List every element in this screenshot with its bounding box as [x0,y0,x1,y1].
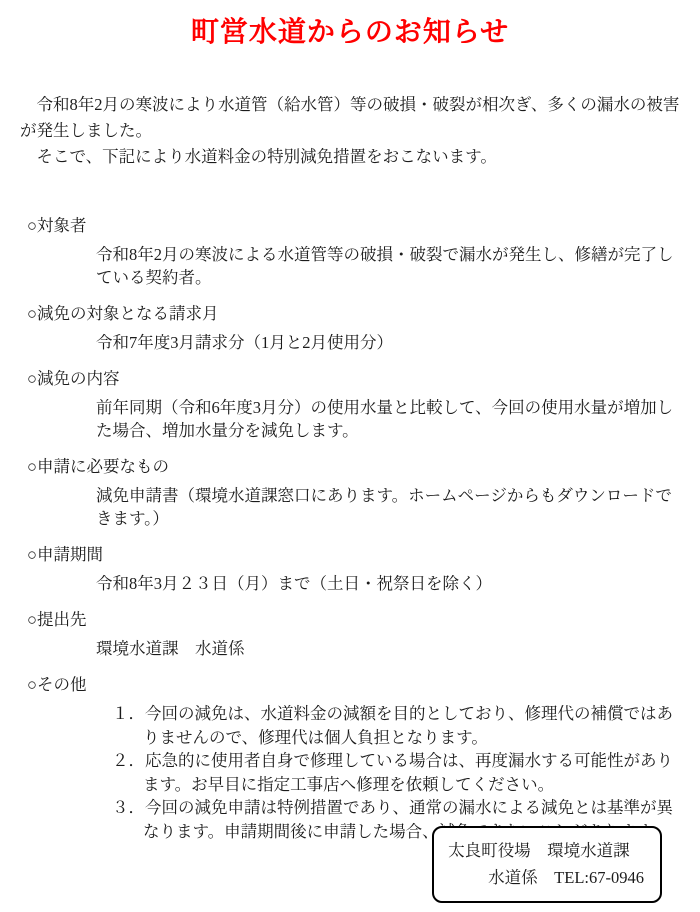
section-heading-required-items: ○申請に必要なもの [27,455,680,478]
section-body-recipients: 令和8年2月の寒波による水道管等の破損・破裂で漏水が発生し、修繕が完了している契… [20,243,680,289]
contact-box: 太良町役場 環境水道課 水道係 TEL:67-0946 [432,826,662,903]
section-billing-month: ○減免の対象となる請求月 令和7年度3月請求分（1月と2月使用分） [20,302,680,354]
section-body-submission-place: 環境水道課 水道係 [20,637,680,660]
note-number-3: ３． [112,798,145,817]
page-title: 町営水道からのお知らせ [20,16,680,50]
section-body-required-items: 減免申請書（環境水道課窓口にあります。ホームページからもダウンロードできます。） [20,484,680,530]
section-submission-place: ○提出先 環境水道課 水道係 [20,608,680,660]
section-recipients: ○対象者 令和8年2月の寒波による水道管等の破損・破裂で漏水が発生し、修繕が完了… [20,214,680,289]
intro-line-1: 令和8年2月の寒波により水道管（給水管）等の破損・破裂が相次ぎ、多くの漏水の被害… [20,92,680,144]
contact-phone: 水道係 TEL:67-0946 [448,864,644,891]
section-heading-submission-place: ○提出先 [27,608,680,631]
section-heading-recipients: ○対象者 [27,214,680,237]
intro-paragraph: 令和8年2月の寒波により水道管（給水管）等の破損・破裂が相次ぎ、多くの漏水の被害… [20,92,680,170]
note-text-2: 応急的に使用者自身で修理している場合は、再度漏水する可能性があります。お早目に指… [143,751,673,794]
notice-document: 町営水道からのお知らせ 令和8年2月の寒波により水道管（給水管）等の破損・破裂が… [0,0,700,912]
section-heading-application-period: ○申請期間 [27,543,680,566]
sections: ○対象者 令和8年2月の寒波による水道管等の破損・破裂で漏水が発生し、修繕が完了… [20,214,680,843]
section-reduction-details: ○減免の内容 前年同期（令和6年度3月分）の使用水量と比較して、今回の使用水量が… [20,367,680,442]
section-body-billing-month: 令和7年度3月請求分（1月と2月使用分） [20,331,680,354]
section-heading-reduction-details: ○減免の内容 [27,367,680,390]
notes-list: １．今回の減免は、水道料金の減額を目的としており、修理代の補償ではありませんので… [20,702,680,843]
note-item-1: １．今回の減免は、水道料金の減額を目的としており、修理代の補償ではありませんので… [112,702,680,749]
section-body-application-period: 令和8年3月２３日（月）まで（土日・祝祭日を除く） [20,572,680,595]
section-others: ○その他 １．今回の減免は、水道料金の減額を目的としており、修理代の補償ではあり… [20,673,680,843]
note-item-2: ２．応急的に使用者自身で修理している場合は、再度漏水する可能性があります。お早目… [112,749,680,796]
note-number-1: １． [112,704,145,723]
contact-box-container: 太良町役場 環境水道課 水道係 TEL:67-0946 [432,826,662,903]
section-body-reduction-details: 前年同期（令和6年度3月分）の使用水量と比較して、今回の使用水量が増加した場合、… [20,396,680,442]
note-text-1: 今回の減免は、水道料金の減額を目的としており、修理代の補償ではありませんので、修… [143,704,673,747]
contact-office-name: 太良町役場 環境水道課 [448,837,644,864]
section-heading-billing-month: ○減免の対象となる請求月 [27,302,680,325]
section-heading-others: ○その他 [27,673,680,696]
section-application-period: ○申請期間 令和8年3月２３日（月）まで（土日・祝祭日を除く） [20,543,680,595]
section-required-items: ○申請に必要なもの 減免申請書（環境水道課窓口にあります。ホームページからもダウ… [20,455,680,530]
intro-line-2: そこで、下記により水道料金の特別減免措置をおこないます。 [20,144,680,170]
note-number-2: ２． [112,751,145,770]
